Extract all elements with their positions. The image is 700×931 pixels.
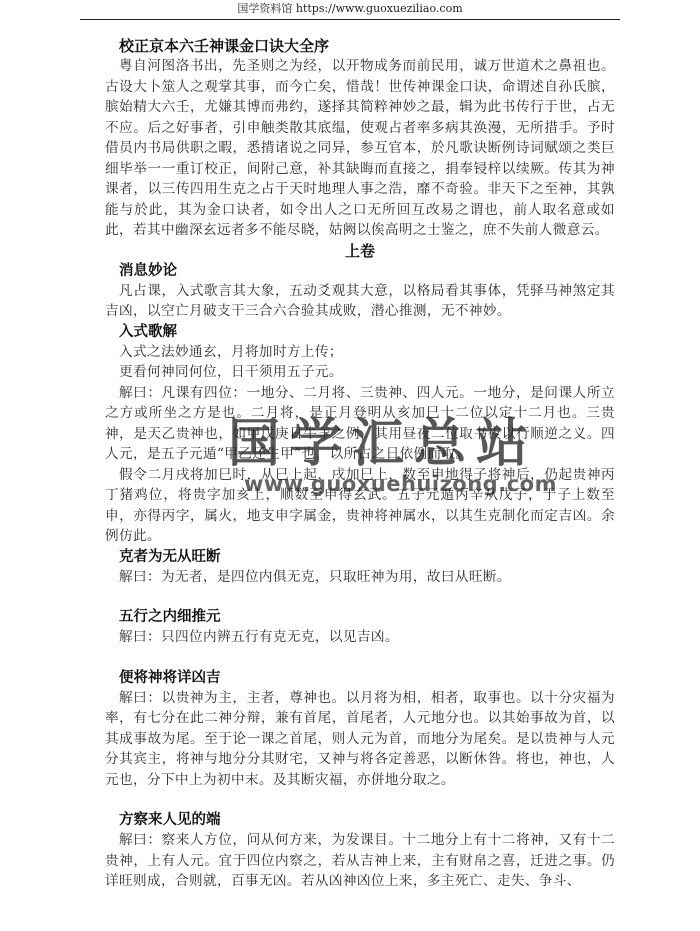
section-paragraph: 解曰：凡课有四位：一地分、二月将、三贵神、四人元。一地分，是问课人所立之方或所坐… (105, 383, 615, 465)
verse-line: 入式之法妙通玄，月将加时方上传； (119, 342, 615, 363)
section-fangcha: 方察来人见的端 解曰：察来人方位，问从何方来，为发课目。十二地分上有十二将神，又… (105, 810, 615, 892)
spacer (105, 648, 615, 668)
section-kezhe: 克者为无从旺断 解曰：为无者，是四位内俱无克，只取旺神为用，故曰从旺断。 (105, 547, 615, 588)
document-title: 校正京本六壬神课金口诀大全序 (119, 36, 615, 56)
section-bianjiang: 便将神将详凶吉 解曰：以贵神为主，主者，尊神也。以月将为相，相者，取事也。以十分… (105, 668, 615, 791)
volume-title: 上卷 (105, 241, 615, 261)
spacer (105, 587, 615, 607)
header-site-url: https://www.guoxueziliao.com (296, 2, 463, 15)
section-paragraph: 解曰：察来人方位，问从何方来，为发课目。十二地分上有十二将神，又有十二贵神，上有… (105, 830, 615, 892)
header-divider (80, 19, 620, 20)
section-paragraph: 解曰：为无者，是四位内俱无克，只取旺神为用，故曰从旺断。 (119, 567, 615, 588)
section-heading: 入式歌解 (119, 322, 615, 342)
document-body: 校正京本六壬神课金口诀大全序 粤自河图洛书出，先圣则之为经，以开物成务而前民用，… (105, 30, 615, 892)
section-rushi: 入式歌解 入式之法妙通玄，月将加时方上传； 更看何神同何位，日干须用五子元。 解… (105, 322, 615, 547)
section-wuxing: 五行之内细推元 解曰：只四位内辨五行有克无克，以见吉凶。 (105, 607, 615, 648)
preface-paragraph: 粤自河图洛书出，先圣则之为经，以开物成务而前民用，诚万世道术之鼻祖也。古设大卜筮… (105, 56, 615, 241)
spacer (105, 790, 615, 810)
verse-line: 更看何神同何位，日干须用五子元。 (119, 362, 615, 383)
section-paragraph: 解曰：以贵神为主，主者，尊神也。以月将为相，相者，取事也。以十分灾福为率，有七分… (105, 688, 615, 791)
header-site-name: 国学资料馆 (237, 2, 292, 15)
section-heading: 克者为无从旺断 (119, 547, 615, 567)
section-paragraph: 解曰：只四位内辨五行有克无克，以见吉凶。 (119, 627, 615, 648)
section-paragraph: 凡占课，入式歌言其大象，五动爻观其大意，以格局看其事体，凭驿马神煞定其吉凶，以空… (105, 281, 615, 322)
section-heading: 便将神将详凶吉 (119, 668, 615, 688)
section-xiaoxi: 消息妙论 凡占课，入式歌言其大象，五动爻观其大意，以格局看其事体，凭驿马神煞定其… (105, 261, 615, 322)
section-heading: 五行之内细推元 (119, 607, 615, 627)
section-heading: 消息妙论 (119, 261, 615, 281)
section-heading: 方察来人见的端 (119, 810, 615, 830)
page-header: 国学资料馆 https://www.guoxueziliao.com (80, 2, 620, 16)
section-paragraph: 假令二月戌将加巳时，从巳上起，戌加巳上，数至申地得子将神后，仍起贵神丙丁猪鸡位，… (105, 465, 615, 547)
